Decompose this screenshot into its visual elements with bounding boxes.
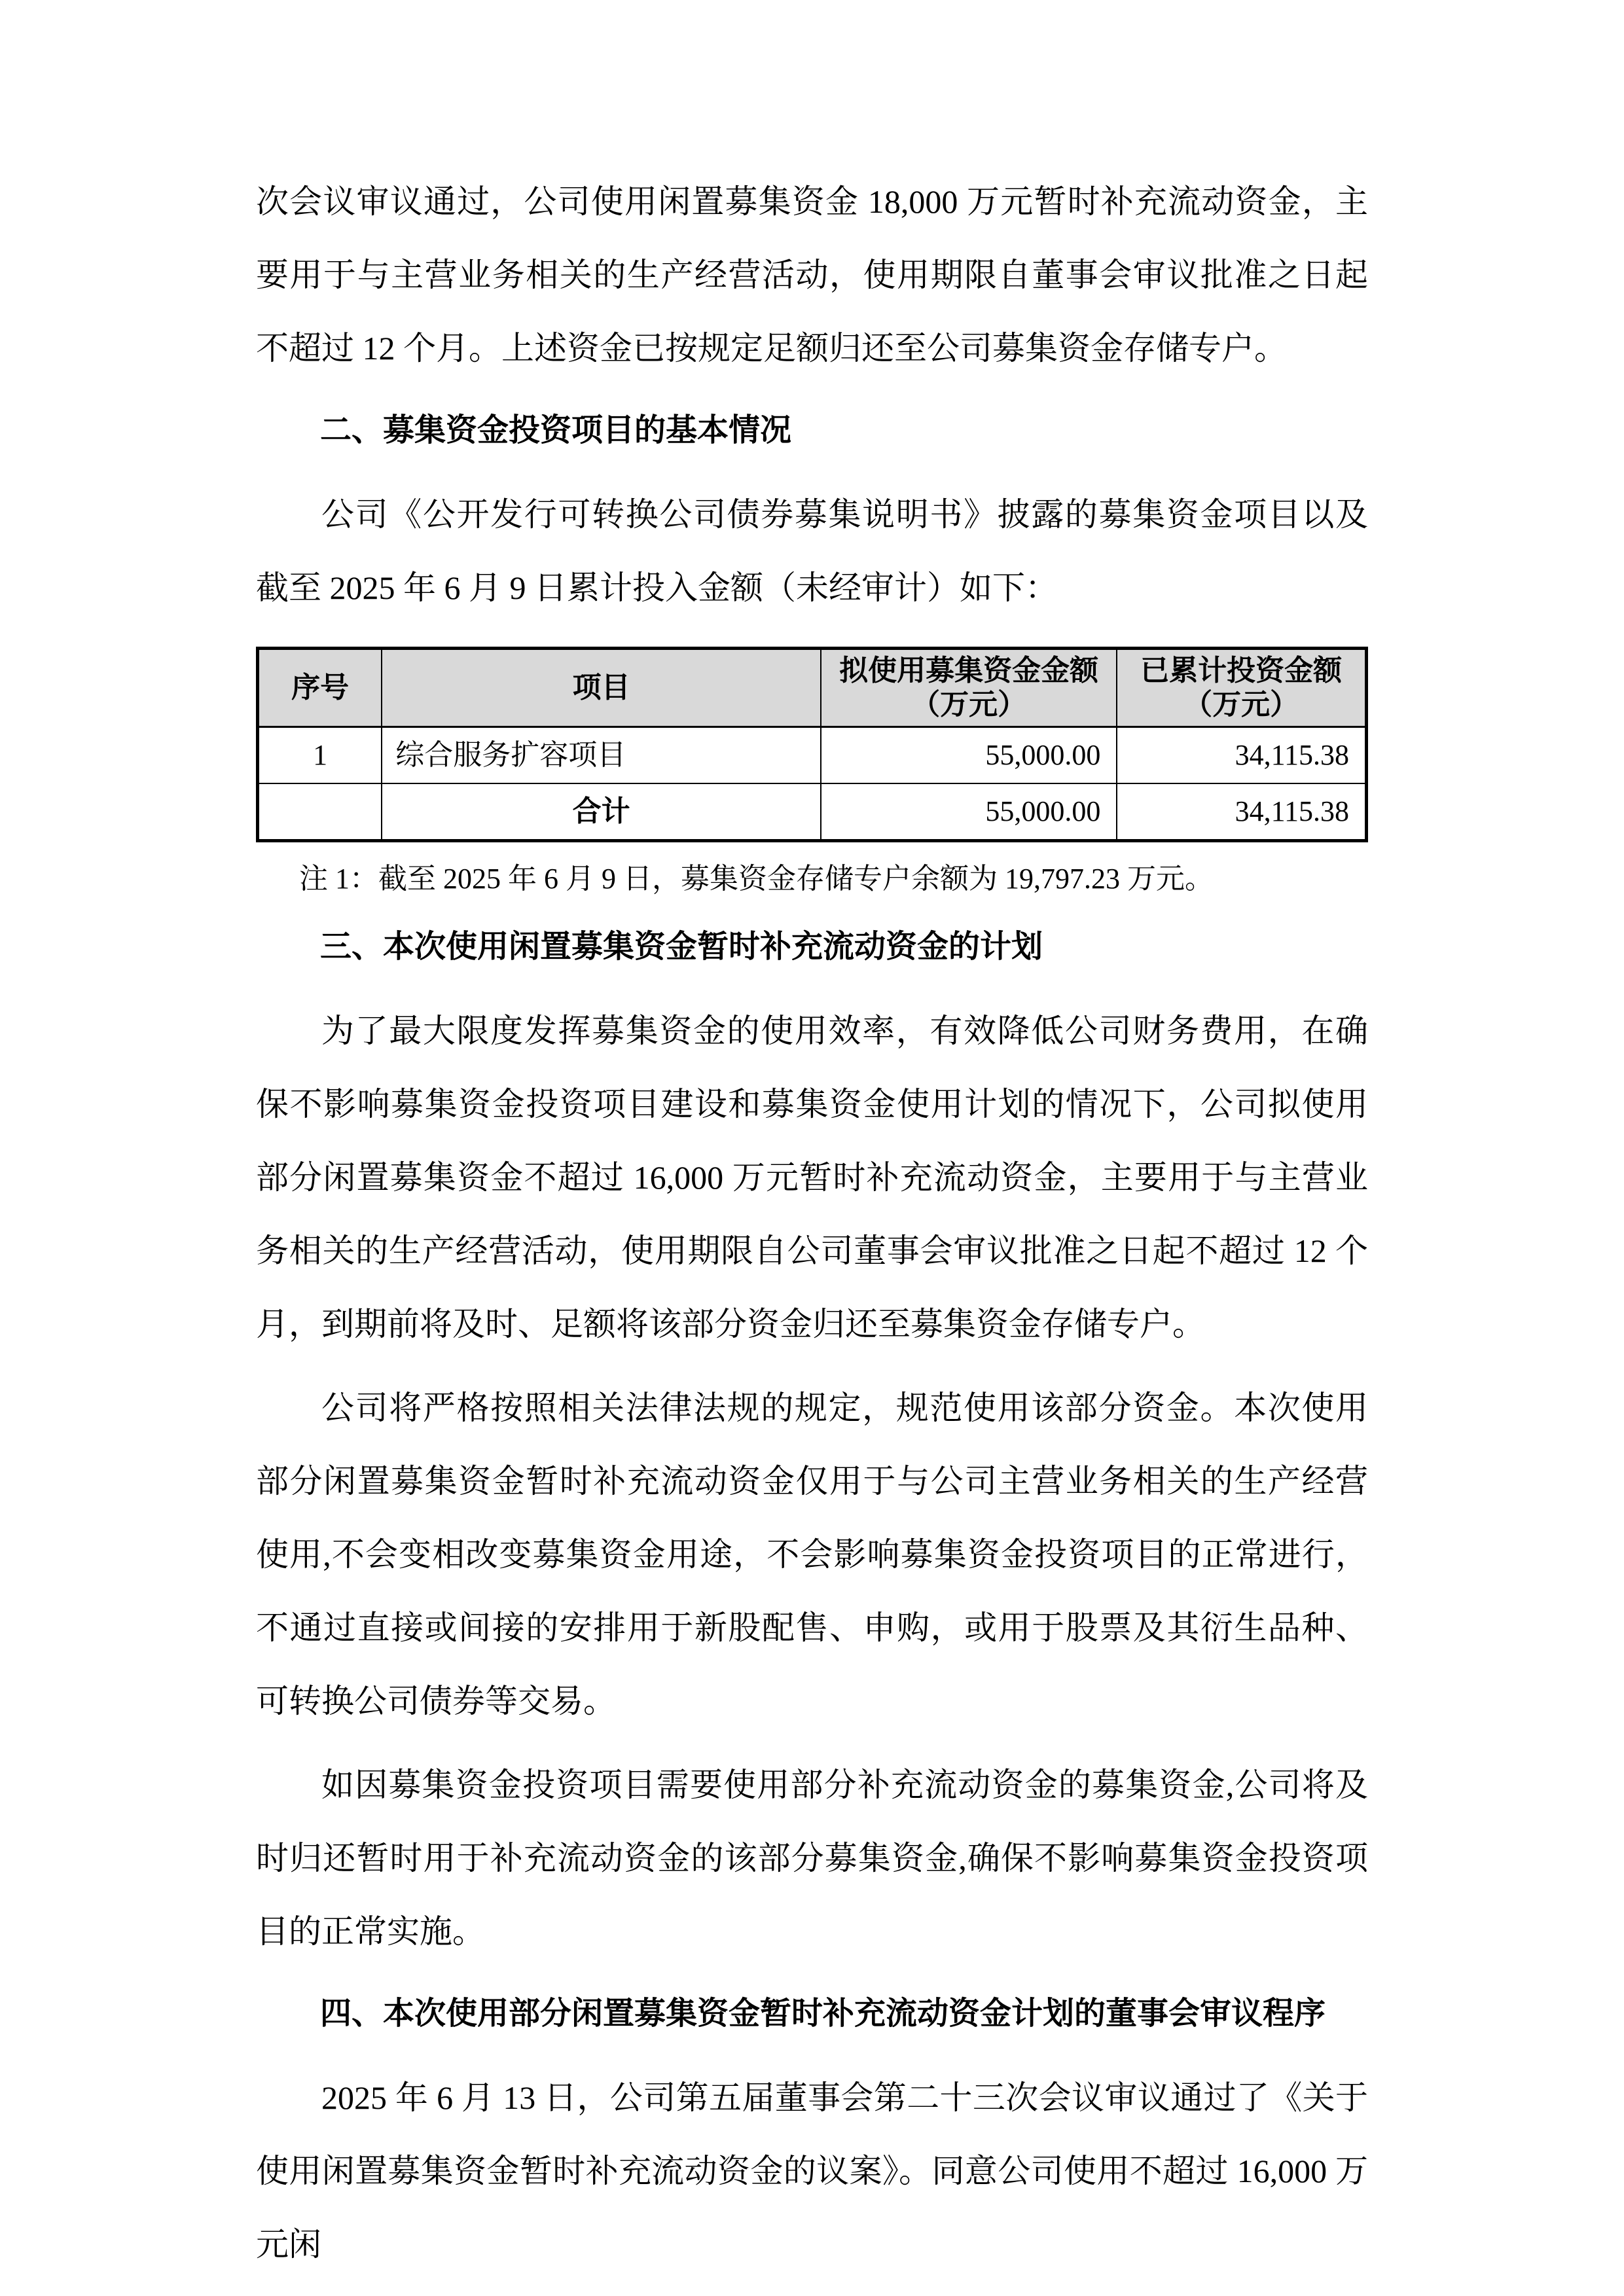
- column-header-planned-amount: 拟使用募集资金金额 （万元）: [821, 649, 1117, 727]
- section-2-intro: 公司《公开发行可转换公司债券募集说明书》披露的募集资金项目以及截至 2025 年…: [256, 478, 1368, 624]
- document-page: 次会议审议通过，公司使用闲置募集资金 18,000 万元暂时补充流动资金，主要用…: [0, 0, 1624, 2296]
- section-2-heading: 二、募集资金投资项目的基本情况: [256, 394, 1368, 467]
- section-4-paragraph-1: 2025 年 6 月 13 日，公司第五届董事会第二十三次会议审议通过了《关于使…: [256, 2061, 1368, 2281]
- cell-planned-amount: 55,000.00: [821, 727, 1117, 784]
- column-header-project: 项目: [382, 649, 821, 727]
- column-header-seq: 序号: [258, 649, 382, 727]
- section-3-paragraph-2: 公司将严格按照相关法律法规的规定，规范使用该部分资金。本次使用部分闲置募集资金暂…: [256, 1371, 1368, 1738]
- column-header-planned-label: 拟使用募集资金金额: [821, 654, 1116, 688]
- cell-invested-amount: 34,115.38: [1117, 727, 1366, 784]
- section-3-heading: 三、本次使用闲置募集资金暂时补充流动资金的计划: [256, 910, 1368, 984]
- column-header-project-label: 项目: [382, 671, 820, 705]
- continuation-paragraph: 次会议审议通过，公司使用闲置募集资金 18,000 万元暂时补充流动资金，主要用…: [256, 165, 1368, 385]
- section-4-heading: 四、本次使用部分闲置募集资金暂时补充流动资金计划的董事会审议程序: [256, 1977, 1368, 2051]
- column-header-invested-unit: （万元）: [1117, 688, 1365, 722]
- table-header-row: 序号 项目 拟使用募集资金金额 （万元） 已累计投资金额 （万元）: [258, 649, 1367, 727]
- total-cell-seq: [258, 783, 382, 841]
- fund-projects-table: 序号 项目 拟使用募集资金金额 （万元） 已累计投资金额 （万元） 1 综合服务…: [256, 647, 1368, 842]
- column-header-invested-amount: 已累计投资金额 （万元）: [1117, 649, 1366, 727]
- section-3-paragraph-1: 为了最大限度发挥募集资金的使用效率，有效降低公司财务费用，在确保不影响募集资金投…: [256, 994, 1368, 1361]
- column-header-invested-label: 已累计投资金额: [1117, 654, 1365, 688]
- cell-project: 综合服务扩容项目: [382, 727, 821, 784]
- table-total-row: 合计 55,000.00 34,115.38: [258, 783, 1367, 841]
- total-cell-label: 合计: [382, 783, 821, 841]
- total-cell-planned-amount: 55,000.00: [821, 783, 1117, 841]
- cell-seq: 1: [258, 727, 382, 784]
- table-row: 1 综合服务扩容项目 55,000.00 34,115.38: [258, 727, 1367, 784]
- table-note: 注 1：截至 2025 年 6 月 9 日，募集资金存储专户余额为 19,797…: [256, 848, 1368, 910]
- column-header-planned-unit: （万元）: [821, 688, 1116, 722]
- total-cell-invested-amount: 34,115.38: [1117, 783, 1366, 841]
- column-header-seq-label: 序号: [259, 671, 381, 705]
- section-3-paragraph-3: 如因募集资金投资项目需要使用部分补充流动资金的募集资金,公司将及时归还暂时用于补…: [256, 1748, 1368, 1968]
